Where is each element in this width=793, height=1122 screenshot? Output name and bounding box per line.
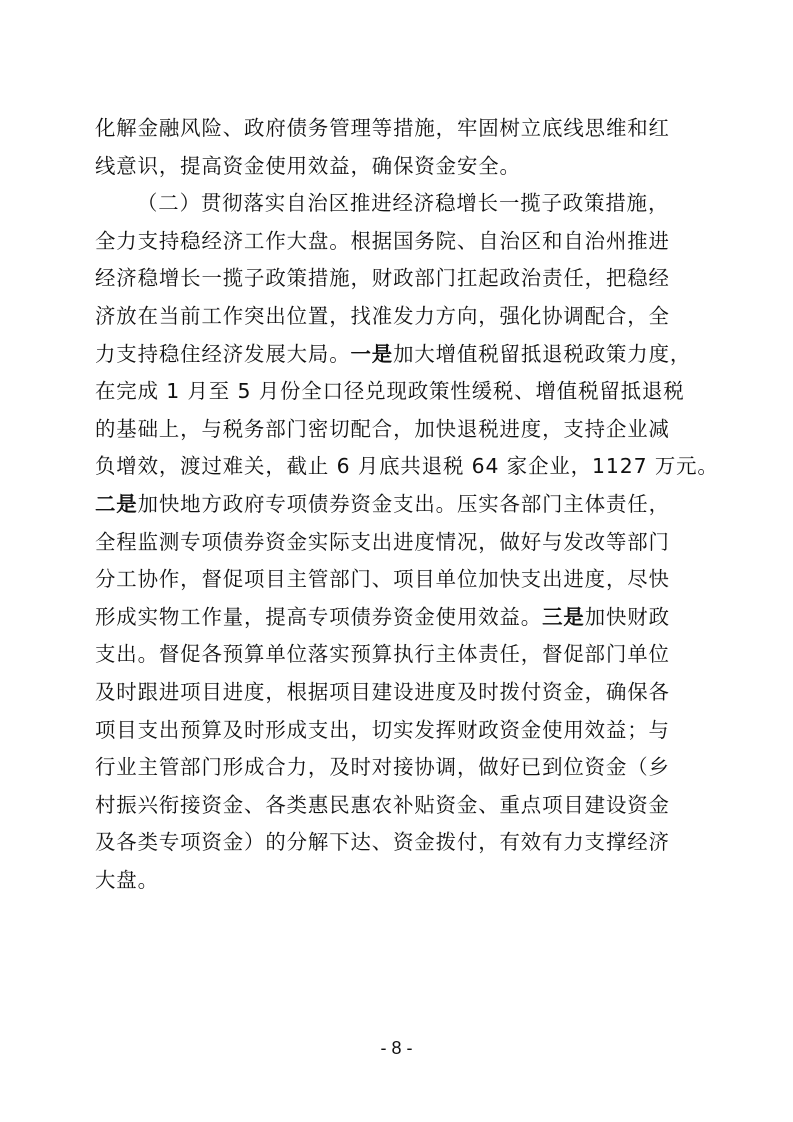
text-line-13: 分工协作，督促项目主管部门、项目单位加快支出进度，尽快 xyxy=(95,561,698,599)
text-segment: 及时跟进项目进度，根据项目建设进度及时拨付资金，确保各 xyxy=(95,680,670,704)
section-heading-2: （二）贯彻落实自治区推进经济稳增长一揽子政策措施， xyxy=(137,191,669,215)
text-line-9: 的基础上，与税务部门密切配合，加快退税进度，支持企业减 xyxy=(95,411,698,449)
text-segment: 项目支出预算及时形成支出，切实发挥财政资金使用效益；与 xyxy=(95,718,670,742)
text-segment: 支出。督促各预算单位落实预算执行主体责任，督促部门单位 xyxy=(95,642,670,666)
text-line-17: 项目支出预算及时形成支出，切实发挥财政资金使用效益；与 xyxy=(95,712,698,750)
text-segment: 大盘。 xyxy=(95,868,159,892)
text-segment: 全程监测专项债券资金实际支出进度情况，做好与发改等部门 xyxy=(95,530,670,554)
text-segment: 经济稳增长一揽子政策措施，财政部门扛起政治责任，把稳经 xyxy=(95,266,670,290)
text-segment: 加大增值税留抵退税政策力度， xyxy=(393,342,691,366)
text-line-6: 济放在当前工作突出位置，找准发力方向，强化协调配合，全 xyxy=(95,298,698,336)
text-segment: 的基础上，与税务部门密切配合，加快退税进度，支持企业减 xyxy=(95,417,670,441)
section-heading-line: （二）贯彻落实自治区推进经济稳增长一揽子政策措施， xyxy=(95,185,698,223)
text-segment: 力支持稳住经济发展大局。 xyxy=(95,342,351,366)
text-segment: 加快财政 xyxy=(585,605,670,629)
text-line-19: 村振兴衔接资金、各类惠民惠农补贴资金、重点项目建设资金 xyxy=(95,787,698,825)
text-line-12: 全程监测专项债券资金实际支出进度情况，做好与发改等部门 xyxy=(95,524,698,562)
text-line-20: 及各类专项资金）的分解下达、资金拨付，有效有力支撑经济 xyxy=(95,824,698,862)
point-marker-third: 三是 xyxy=(542,605,585,629)
text-segment: 线意识，提高资金使用效益，确保资金安全。 xyxy=(95,154,521,178)
text-line-14: 形成实物工作量，提高专项债券资金使用效益。三是加快财政 xyxy=(95,599,698,637)
point-marker-second: 二是 xyxy=(95,492,138,516)
text-line-15: 支出。督促各预算单位落实预算执行主体责任，督促部门单位 xyxy=(95,636,698,674)
text-segment: 在完成 1 月至 5 月份全口径兑现政策性缓税、增值税留抵退税 xyxy=(95,379,685,403)
text-line-16: 及时跟进项目进度，根据项目建设进度及时拨付资金，确保各 xyxy=(95,674,698,712)
text-line-1: 化解金融风险、政府债务管理等措施，牢固树立底线思维和红 xyxy=(95,110,698,148)
text-line-5: 经济稳增长一揽子政策措施，财政部门扛起政治责任，把稳经 xyxy=(95,260,698,298)
text-line-11: 二是加快地方政府专项债券资金支出。压实各部门主体责任， xyxy=(95,486,698,524)
document-body: 化解金融风险、政府债务管理等措施，牢固树立底线思维和红 线意识，提高资金使用效益… xyxy=(95,110,698,899)
text-segment: 加快地方政府专项债券资金支出。压实各部门主体责任， xyxy=(138,492,670,516)
text-line-8: 在完成 1 月至 5 月份全口径兑现政策性缓税、增值税留抵退税 xyxy=(95,373,698,411)
text-segment: 化解金融风险、政府债务管理等措施，牢固树立底线思维和红 xyxy=(95,116,670,140)
text-segment: 分工协作，督促项目主管部门、项目单位加快支出进度，尽快 xyxy=(95,567,670,591)
text-line-7: 力支持稳住经济发展大局。一是加大增值税留抵退税政策力度， xyxy=(95,336,698,374)
text-segment: 行业主管部门形成合力，及时对接协调，做好已到位资金（乡 xyxy=(95,755,670,779)
text-line-2: 线意识，提高资金使用效益，确保资金安全。 xyxy=(95,148,698,186)
text-line-4: 全力支持稳经济工作大盘。根据国务院、自治区和自治州推进 xyxy=(95,223,698,261)
text-segment: 村振兴衔接资金、各类惠民惠农补贴资金、重点项目建设资金 xyxy=(95,793,670,817)
text-segment: 负增效，渡过难关，截止 6 月底共退税 64 家企业，1127 万元。 xyxy=(95,454,719,478)
text-line-10: 负增效，渡过难关，截止 6 月底共退税 64 家企业，1127 万元。 xyxy=(95,448,698,486)
text-segment: 形成实物工作量，提高专项债券资金使用效益。 xyxy=(95,605,542,629)
point-marker-first: 一是 xyxy=(351,342,394,366)
text-line-18: 行业主管部门形成合力，及时对接协调，做好已到位资金（乡 xyxy=(95,749,698,787)
page-number: - 8 - xyxy=(0,1038,793,1059)
text-line-21: 大盘。 xyxy=(95,862,698,900)
text-segment: 济放在当前工作突出位置，找准发力方向，强化协调配合，全 xyxy=(95,304,670,328)
text-segment: 及各类专项资金）的分解下达、资金拨付，有效有力支撑经济 xyxy=(95,830,670,854)
text-segment: 全力支持稳经济工作大盘。根据国务院、自治区和自治州推进 xyxy=(95,229,670,253)
